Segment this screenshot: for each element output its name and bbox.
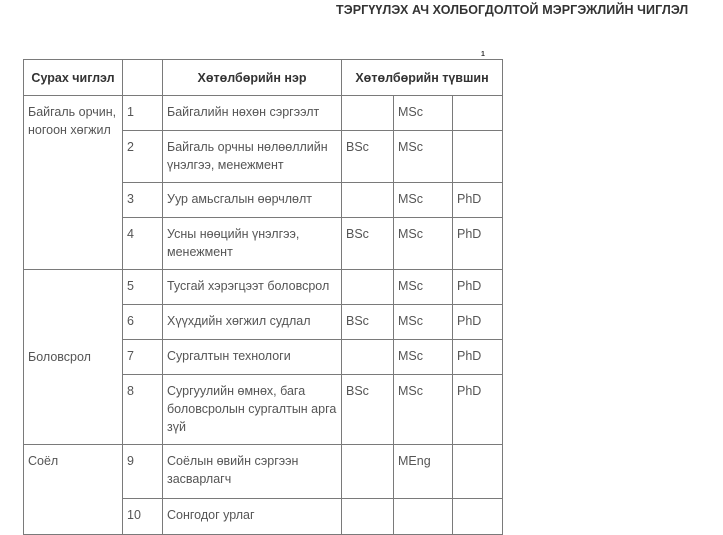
- program-number-cell: 6: [123, 305, 163, 340]
- program-name-cell: Байгаль орчны нөлөөллийн үнэлгээ, менежм…: [163, 131, 342, 183]
- program-name-cell: Хүүхдийн хөгжил судлал: [163, 305, 342, 340]
- level-phd-cell: [453, 96, 503, 131]
- program-name-cell: Соёлын өвийн сэргээн засварлагч: [163, 445, 342, 499]
- table-row: Соёл9Соёлын өвийн сэргээн засварлагчMEng: [24, 445, 503, 499]
- program-number-cell: 8: [123, 375, 163, 445]
- program-name-cell: Уур амьсгалын өөрчлөлт: [163, 183, 342, 218]
- level-msc-cell: MSc: [394, 218, 453, 270]
- table-header-row: Сурах чиглэл Хөтөлбөрийн нэр Хөтөлбөрийн…: [24, 60, 503, 96]
- level-msc-cell: MSc: [394, 96, 453, 131]
- level-bsc-cell: BSc: [342, 305, 394, 340]
- document-title: ТЭРГҮҮЛЭХ АЧ ХОЛБОГДОЛТОЙ МЭРГЭЖЛИЙН ЧИГ…: [336, 3, 688, 17]
- program-number-cell: 2: [123, 131, 163, 183]
- program-number-cell: 4: [123, 218, 163, 270]
- level-phd-cell: PhD: [453, 340, 503, 375]
- program-number-cell: 3: [123, 183, 163, 218]
- header-number: [123, 60, 163, 96]
- level-msc-cell: MSc: [394, 131, 453, 183]
- level-msc-cell: [394, 499, 453, 535]
- level-phd-cell: PhD: [453, 183, 503, 218]
- table-row: Боловсрол5Тусгай хэрэгцээт боловсролMScP…: [24, 270, 503, 305]
- header-study-area: Сурах чиглэл: [24, 60, 123, 96]
- level-phd-cell: [453, 445, 503, 499]
- level-phd-cell: PhD: [453, 305, 503, 340]
- level-bsc-cell: [342, 183, 394, 218]
- program-name-cell: Тусгай хэрэгцээт боловсрол: [163, 270, 342, 305]
- programs-table: Сурах чиглэл Хөтөлбөрийн нэр Хөтөлбөрийн…: [23, 59, 503, 535]
- level-msc-cell: MSc: [394, 305, 453, 340]
- level-phd-cell: [453, 131, 503, 183]
- level-msc-cell: MSc: [394, 340, 453, 375]
- level-bsc-cell: [342, 340, 394, 375]
- level-phd-cell: PhD: [453, 375, 503, 445]
- program-name-cell: Сургалтын технологи: [163, 340, 342, 375]
- program-name-cell: Сонгодог урлаг: [163, 499, 342, 535]
- level-msc-cell: MEng: [394, 445, 453, 499]
- level-bsc-cell: [342, 499, 394, 535]
- level-bsc-cell: [342, 96, 394, 131]
- header-program-level: Хөтөлбөрийн түвшин: [342, 60, 503, 96]
- level-msc-cell: MSc: [394, 375, 453, 445]
- study-area-cell: Байгаль орчин, ногоон хөгжил: [24, 96, 123, 270]
- program-name-cell: Усны нөөцийн үнэлгээ, менежмент: [163, 218, 342, 270]
- level-phd-cell: [453, 499, 503, 535]
- program-number-cell: 10: [123, 499, 163, 535]
- level-msc-cell: MSc: [394, 270, 453, 305]
- program-number-cell: 7: [123, 340, 163, 375]
- program-number-cell: 5: [123, 270, 163, 305]
- table-row: Байгаль орчин, ногоон хөгжил1Байгалийн н…: [24, 96, 503, 131]
- level-bsc-cell: [342, 445, 394, 499]
- level-bsc-cell: BSc: [342, 218, 394, 270]
- table-body: Байгаль орчин, ногоон хөгжил1Байгалийн н…: [24, 96, 503, 535]
- program-name-cell: Байгалийн нөхөн сэргээлт: [163, 96, 342, 131]
- program-number-cell: 1: [123, 96, 163, 131]
- level-bsc-cell: BSc: [342, 375, 394, 445]
- program-name-cell: Сургуулийн өмнөх, бага боловсролын сурга…: [163, 375, 342, 445]
- level-phd-cell: PhD: [453, 218, 503, 270]
- footnote-mark: 1: [481, 51, 485, 58]
- level-bsc-cell: [342, 270, 394, 305]
- header-program-name: Хөтөлбөрийн нэр: [163, 60, 342, 96]
- program-number-cell: 9: [123, 445, 163, 499]
- level-phd-cell: PhD: [453, 270, 503, 305]
- level-bsc-cell: BSc: [342, 131, 394, 183]
- study-area-cell: Боловсрол: [24, 270, 123, 445]
- level-msc-cell: MSc: [394, 183, 453, 218]
- study-area-cell: Соёл: [24, 445, 123, 535]
